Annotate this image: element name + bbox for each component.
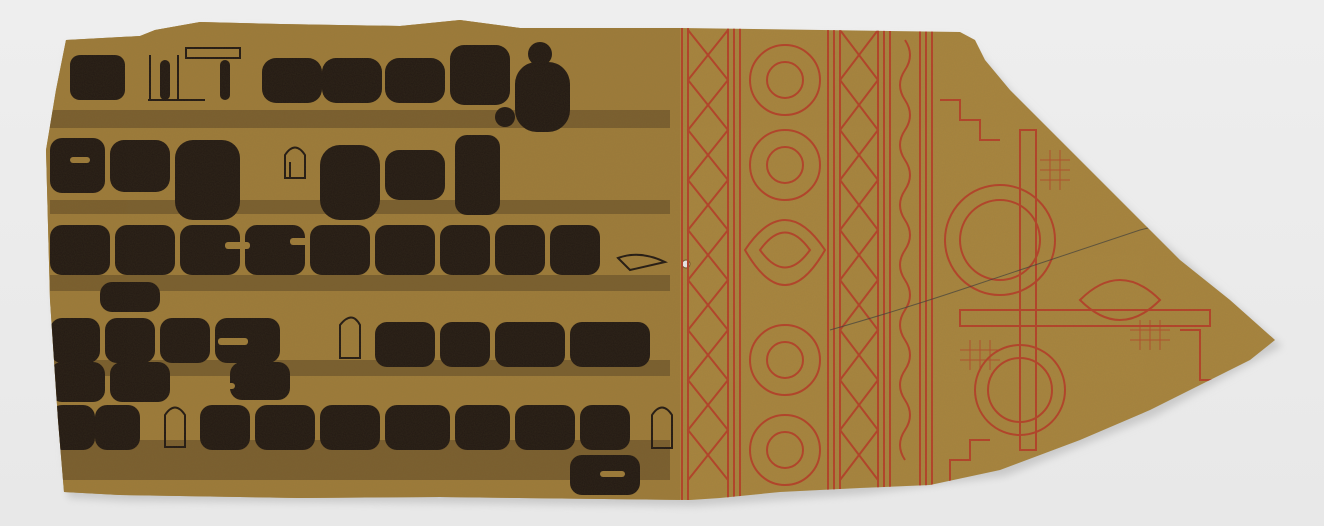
manuscript-fragment (0, 0, 1324, 526)
